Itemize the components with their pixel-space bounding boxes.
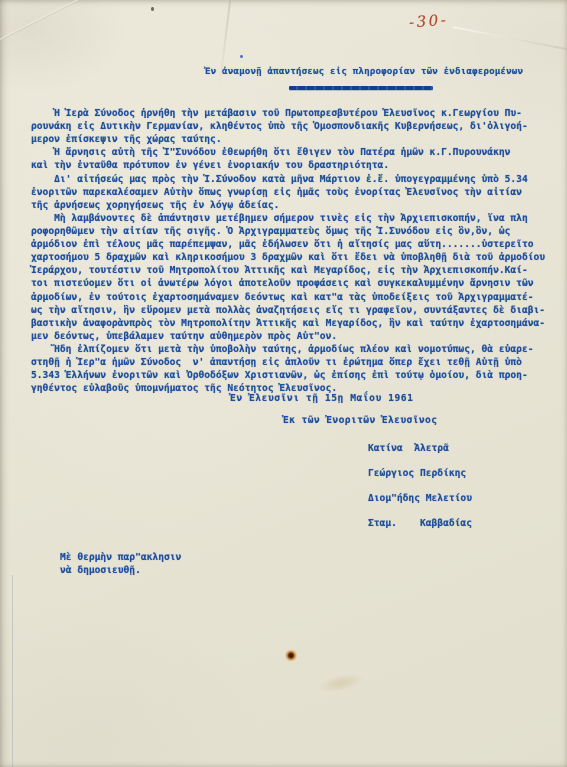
text-line: χαρτοσήμου 5 δραχμῶν καὶ κληρικοσήμου 3 … [31, 251, 545, 264]
text-line: στηθῇ ἡ Ἱερ"α ἡμῶν Σύνοδος ν' ἀπαντήσῃ ε… [31, 356, 545, 369]
paper-crease [0, 0, 86, 47]
dateline: Ἐν Ἐλευσῖνι τῇ 15ῃ Μαΐου 1961 [230, 393, 413, 404]
signatories-list: Κατίνα ἈλετρᾶΓεώργιος ΠερδίκηςΔιομ"ήδης … [368, 436, 472, 536]
letter-body: Ἡ Ἱερὰ Σύνοδος ἠρνήθη τὴν μετάβασιν τοῦ … [31, 107, 545, 395]
paper-stain [317, 670, 365, 695]
text-line: Δι' αἰτήσεώς μας πρὸς τὴν Ἱ.Σύνοδον κατὰ… [31, 173, 545, 186]
text-line: Κατίνα Ἀλετρᾶ [368, 436, 472, 461]
text-line: τοι πιστεύομεν ὅτι οἱ ἀνωτέρω λόγοι ἀποτ… [31, 277, 545, 290]
text-line: τῆς ἀρνήσεως χορηγήσεως τῆς ἐν λόγῳ ἀδεί… [31, 199, 545, 212]
publication-request-note: Μὲ θερμὴν παρ"ακλησιννὰ δημοσιευθῇ. [60, 551, 181, 577]
letter-heading: Ἐν ἀναμονῇ ἀπαντήσεως εἰς πληροφορίαν τῶ… [205, 66, 523, 77]
paper-fold-line [12, 575, 13, 767]
ink-speck [240, 55, 243, 58]
text-line: καὶ τὴν ἐνταῦθα πρότυπον ἐν γένει ἐνορια… [31, 159, 545, 172]
text-line: Σταμ. Καββαδίας [368, 511, 472, 536]
text-line: Ἡ Ἱερὰ Σύνοδος ἠρνήθη τὴν μετάβασιν τοῦ … [31, 107, 545, 120]
burn-mark [285, 650, 297, 661]
signature-group-title: Ἐκ τῶν Ἐνοριτῶν Ἐλευσῖνος [283, 415, 437, 426]
text-line: μεν δεόντως, ὑπεβάλαμεν ταύτην αὐθημερὸν… [31, 330, 545, 343]
scanned-letter-page: -30- Ἐν ἀναμονῇ ἀπαντήσεως εἰς πληροφορί… [0, 0, 567, 767]
text-line: νὰ δημοσιευθῇ. [60, 564, 181, 577]
text-line: 5.343 Ἑλλήνων ἐνοριτῶν καὶ Ὀρθοδόξων Χρι… [31, 369, 545, 382]
handwritten-page-number: -30- [408, 11, 448, 32]
text-line: Διομ"ήδης Μελετίου [368, 486, 472, 511]
paper-crease [453, 26, 567, 51]
text-line: ρουνάκη εἰς Δυτικὴν Γερμανίαν, κληθέντος… [31, 120, 545, 133]
text-line: ροφορηθῶμεν τὴν αἰτίαν τῆς σιγῆς. Ὁ Ἀρχι… [31, 225, 545, 238]
text-line: Γεώργιος Περδίκης [368, 461, 472, 486]
text-line: Ἡ ἄρνησις αὐτὴ τῆς Ἱ"Συνόδου ἐθεωρήθη ὅτ… [31, 146, 545, 159]
text-line: Μὴ λαμβάνοντες δὲ ἀπάντησιν μετέβημεν σή… [31, 212, 545, 225]
text-line: βαστικὴν ἀναφορὰνπρὸς τὸν Μητροπολίτην Ἀ… [31, 317, 545, 330]
heading-underline [289, 86, 433, 90]
paper-speck [151, 7, 154, 11]
text-line: Ἤδη ἐλπίζομεν ὅτι μετὰ τὴν ὑποβολὴν ταύτ… [31, 343, 545, 356]
text-line: ως τὴν αἴτησιν, ἣν εὕρομεν μετὰ πολλὰς ἀ… [31, 304, 545, 317]
text-line: μερον ἐπίσκεψιν τῆς χώρας ταύτης. [31, 133, 545, 146]
text-line: ἐνοριτῶν παρεκαλέσαμεν Αὐτὴν ὅπως γνωρίσ… [31, 186, 545, 199]
text-line: Μὲ θερμὴν παρ"ακλησιν [60, 551, 181, 564]
text-line: ἁρμόδιον ἐπὶ τέλους μᾶς παρέπεμψαν, μᾶς … [31, 238, 545, 251]
text-line: Ἱεράρχου, τουτέστιν τοῦ Μητροπολίτου Ἀττ… [31, 264, 545, 277]
text-line: ἁρμοδίων, ἐν τούτοις ἐχαρτοσημάναμεν δεό… [31, 291, 545, 304]
